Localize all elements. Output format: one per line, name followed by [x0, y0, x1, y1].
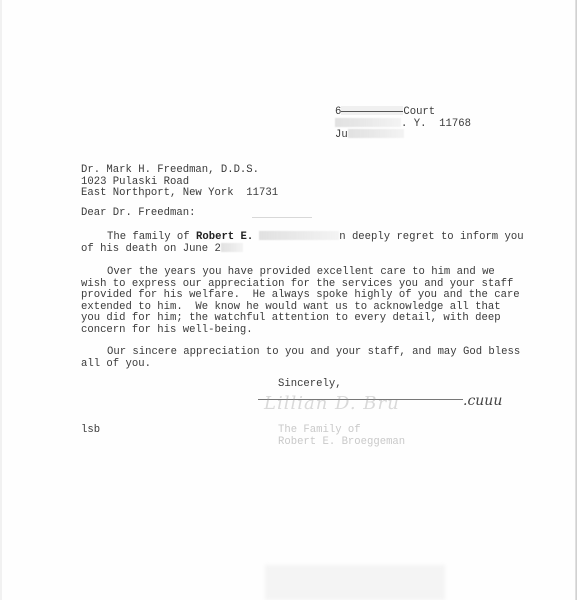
redacted-street [341, 106, 403, 115]
paragraph-3: Our sincere appreciation to you and your… [81, 347, 561, 370]
deceased-name: Robert E. [196, 231, 253, 243]
sender-street-line: 6Court [335, 106, 535, 118]
redacted-city [335, 118, 401, 127]
page-left-edge [0, 0, 2, 600]
signature-script: Lillian D. Bru [264, 398, 400, 410]
letter-page: 6Court . Y. 11768 Ju Dr. Mark H. Freedma… [0, 0, 577, 600]
redacted-surname [259, 231, 339, 240]
closing: Sincerely, [278, 379, 342, 391]
paragraph-line: The family of Robert E.n deeply regret t… [81, 231, 561, 243]
signer-block: The Family of Robert E. Broeggeman [278, 425, 405, 448]
paragraph-line: Over the years you have provided excelle… [81, 267, 561, 279]
signer-line-1: The Family of [278, 425, 405, 437]
redacted-date-fragment [221, 243, 243, 252]
scan-smudge [265, 565, 445, 600]
redacted-date [348, 129, 404, 138]
sender-city-line: . Y. 11768 [335, 118, 535, 130]
typist-initials: lsb [81, 425, 100, 437]
sender-date-line: Ju [335, 129, 535, 141]
paragraph-1: The family of Robert E.n deeply regret t… [81, 231, 561, 254]
salutation: Dear Dr. Freedman: [81, 208, 195, 220]
paragraph-line: Our sincere appreciation to you and your… [81, 347, 561, 359]
signature-tail: .cuuu [463, 396, 502, 408]
paragraph-line: of his death on June 2 [81, 243, 561, 255]
paragraph-line: all of you. [81, 359, 561, 371]
paragraph-line: concern for his well-being. [81, 325, 561, 337]
fold-mark [252, 217, 312, 218]
recipient-name: Dr. Mark H. Freedman, D.D.S. [81, 165, 278, 177]
recipient-city: East Northport, New York 11731 [81, 188, 278, 200]
signature: Lillian D. Bru .cuuu [258, 393, 528, 423]
paragraph-2: Over the years you have provided excelle… [81, 267, 561, 337]
recipient-address: Dr. Mark H. Freedman, D.D.S. 1023 Pulask… [81, 165, 278, 200]
signer-line-2: Robert E. Broeggeman [278, 437, 405, 449]
sender-address: 6Court . Y. 11768 Ju [335, 106, 535, 141]
